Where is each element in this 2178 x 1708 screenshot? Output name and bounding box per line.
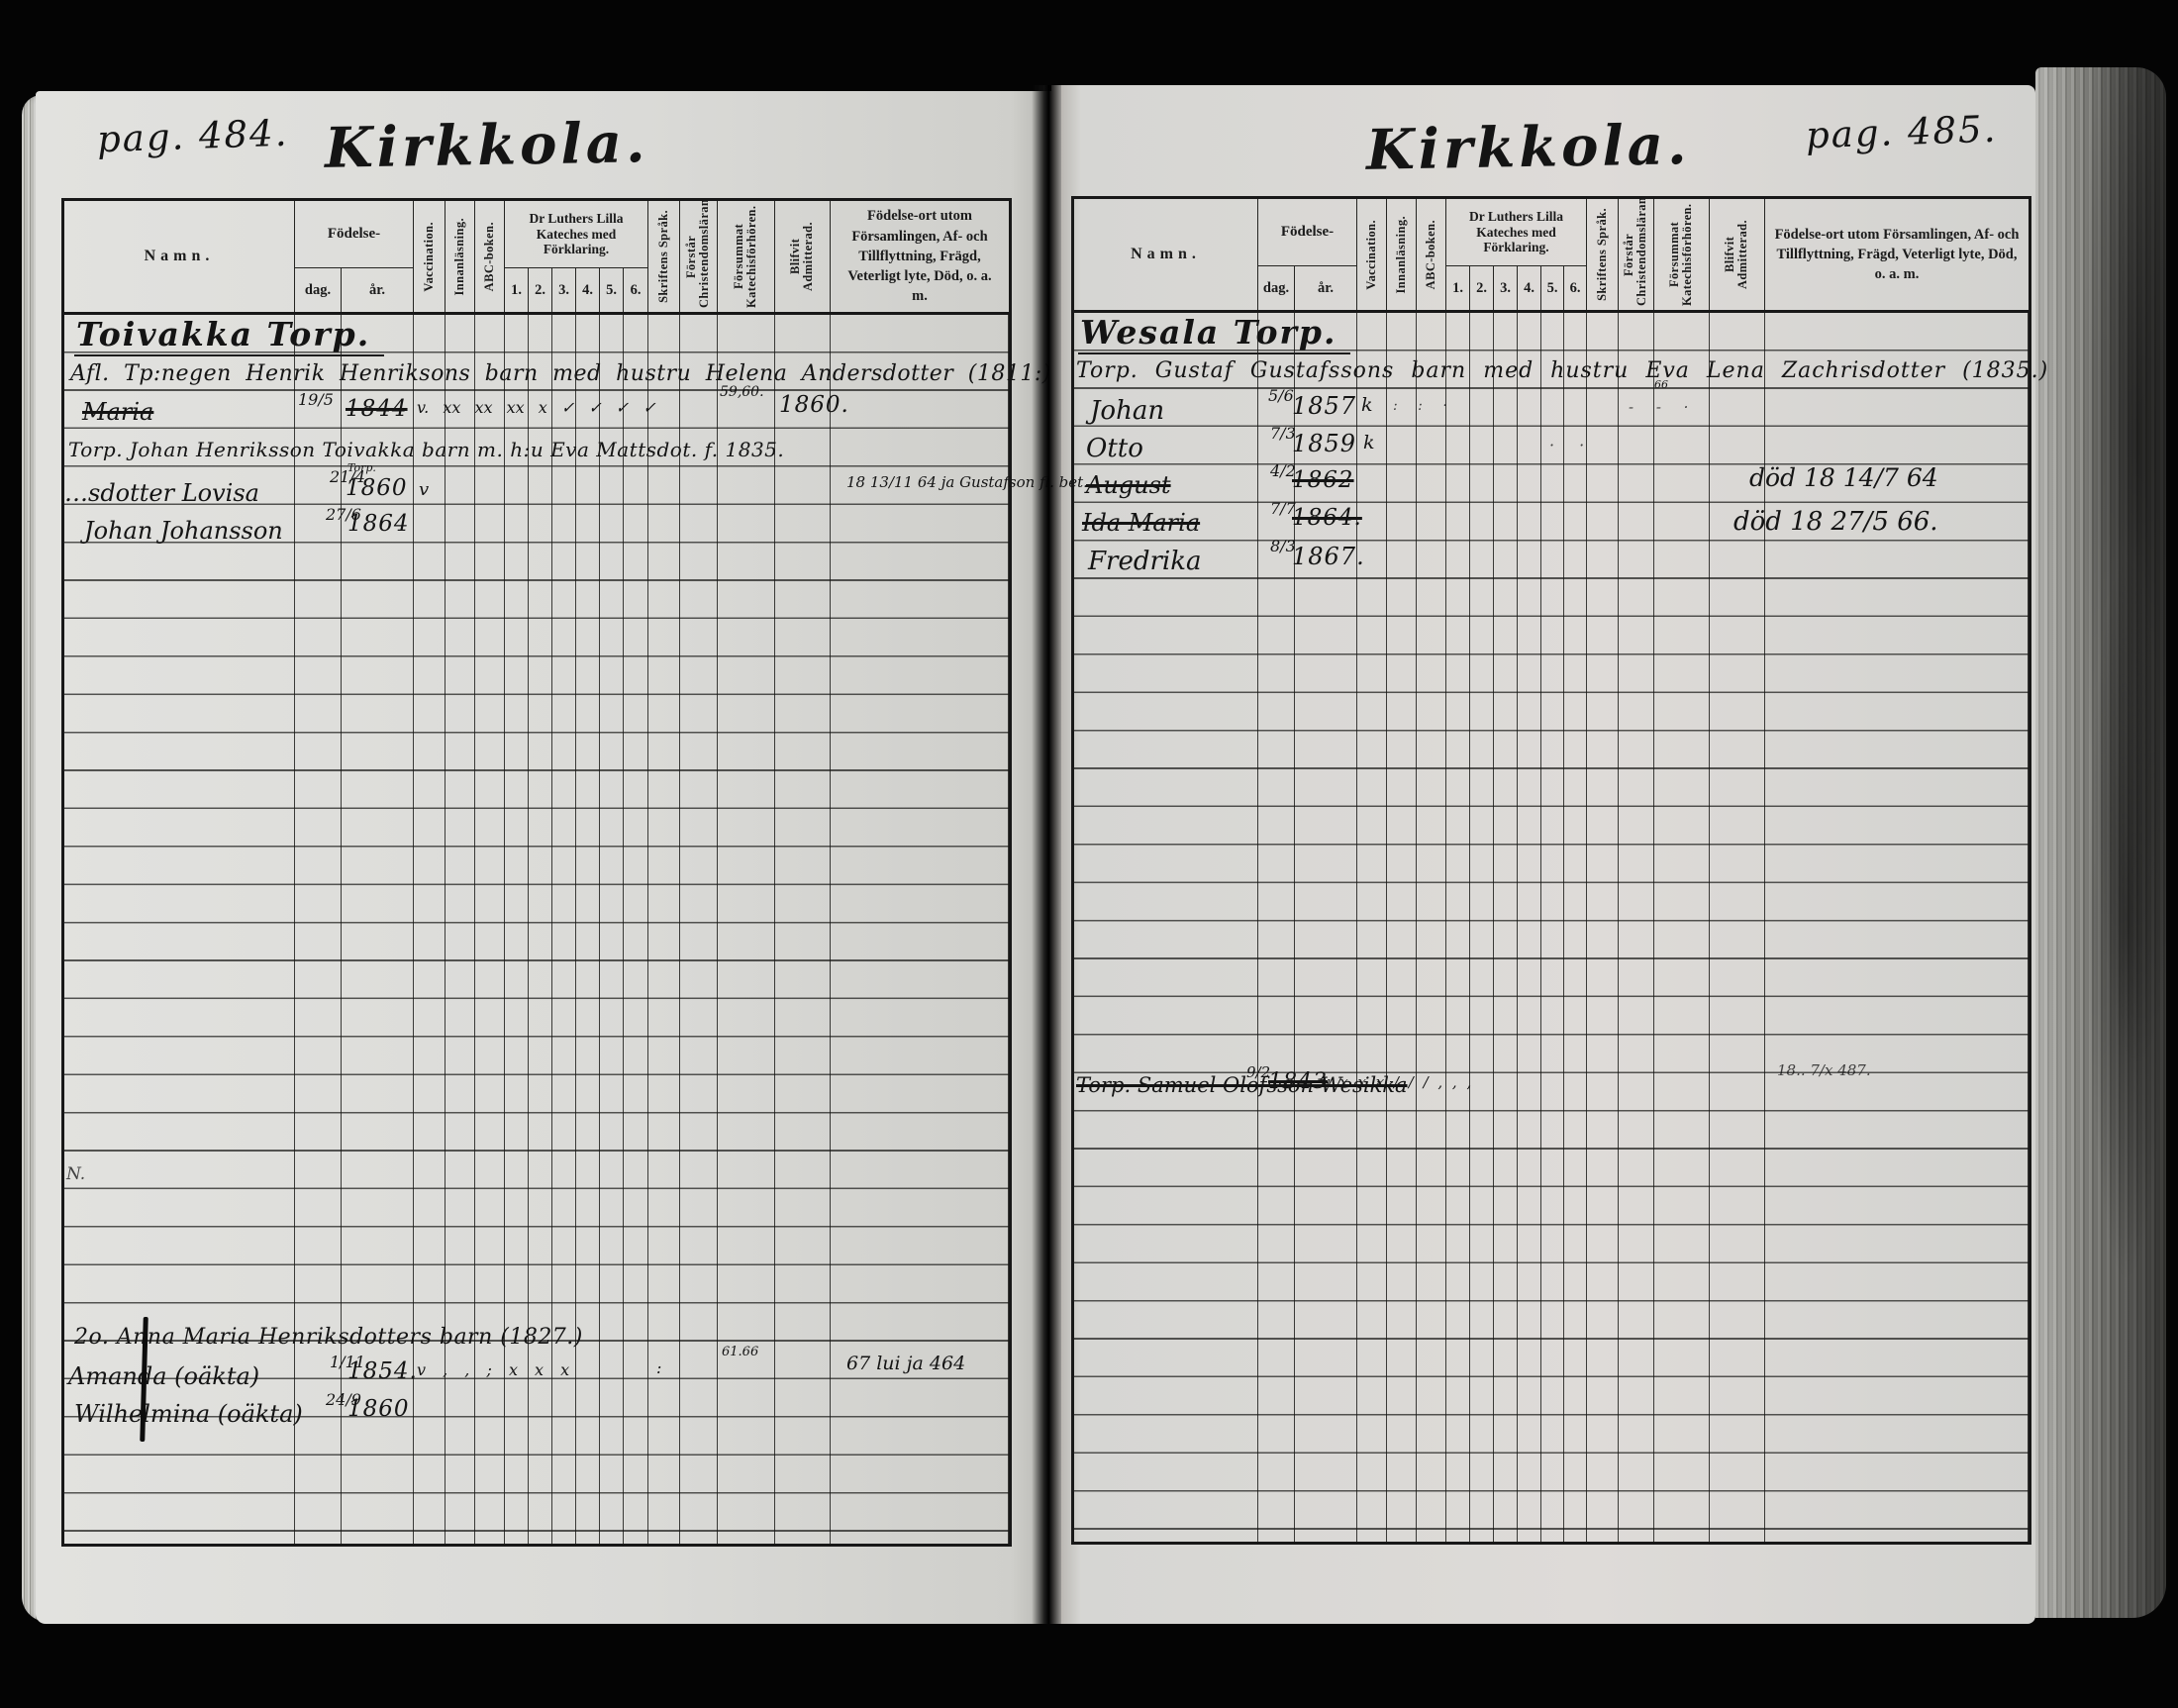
col-header-k5: 5. <box>600 268 624 312</box>
col-header-skriftens-sprak: Skriftens Språk. <box>1587 199 1619 310</box>
book-gutter <box>1032 85 1061 1624</box>
col-header-k4: 4. <box>1518 266 1541 310</box>
person-name: Fredrika <box>1088 547 1202 576</box>
col-header-fodelse-group: Födelse- dag. år. <box>1258 199 1357 310</box>
left-page: pag. 484. Kirkkola. Namn. Födelse- dag. … <box>36 91 1051 1624</box>
col-header-vaccination: Vaccination. <box>414 201 445 312</box>
birth-year: 1860 <box>346 475 408 501</box>
stray-mark: N. <box>66 1164 85 1184</box>
person-name: Ida Maria <box>1082 509 1200 537</box>
col-header-blifvit: Blifvit Admitterad. <box>775 201 831 312</box>
col-header-k2: 2. <box>529 268 552 312</box>
col-header-kateches-group: Dr Luthers Lilla Kateches med Förklaring… <box>1446 199 1587 310</box>
col-header-dag: dag. <box>295 268 342 312</box>
col-header-forstar: Förstår Christendomsläran. <box>680 201 718 312</box>
section-heading: Wesala Torp. <box>1078 313 1350 354</box>
col-header-kateches: Dr Luthers Lilla Kateches med Förklaring… <box>505 201 647 267</box>
right-page: Kirkkola. pag. 485. Namn. Födelse- dag. … <box>1051 85 2035 1624</box>
birth-year: 1854. <box>347 1358 418 1384</box>
left-page-number: pag. 484. <box>96 112 289 161</box>
dash-marks: - - · <box>1629 398 1757 416</box>
admitted-year: 1860. <box>779 392 849 418</box>
skriftens-mark: : <box>656 1358 661 1377</box>
small-note: 66 <box>1654 378 1668 391</box>
birth-day: 9/2 <box>1246 1063 1270 1081</box>
exam-marks: : : · <box>1393 398 1541 414</box>
col-header-namn: Namn. <box>64 201 295 312</box>
margin-note: 67 lui ja 464 <box>846 1353 965 1374</box>
col-header-kateches: Dr Luthers Lilla Kateches med Förklaring… <box>1446 199 1586 265</box>
forsummat-note: 61.66 <box>722 1345 758 1359</box>
death-note: död 18 14/7 64 <box>1749 463 1938 492</box>
col-header-abc-boken: ABC-boken. <box>475 201 505 312</box>
right-page-number: pag. 485. <box>1805 108 1998 157</box>
col-header-k3: 3. <box>552 268 576 312</box>
language-mark: k <box>1361 394 1373 416</box>
birth-year: 1860 <box>347 1396 410 1422</box>
col-header-skriftens-sprak: Skriftens Språk. <box>648 201 680 312</box>
person-name: Johan Johansson <box>84 517 283 545</box>
person-name: Wilhelmina (oäkta) <box>74 1400 303 1428</box>
col-header-k6: 6. <box>1564 266 1586 310</box>
birth-year: 1859 <box>1292 430 1356 457</box>
person-name: Johan <box>1090 396 1164 426</box>
person-name: Otto <box>1086 434 1143 463</box>
col-header-ar: år. <box>342 268 413 312</box>
birth-year-prefix: Torp. <box>347 461 376 474</box>
book-right-page-edges <box>2035 67 2166 1618</box>
col-header-fodelse: Födelse- <box>295 201 413 267</box>
col-header-k6: 6. <box>624 268 647 312</box>
left-table-body: Toivakka Torp. Afl. Tp:negen Henrik Henr… <box>64 315 1009 1547</box>
margin-note: 18.. 7/x 487. <box>1777 1061 1871 1079</box>
birth-year: 1857 <box>1292 392 1356 420</box>
col-header-k1: 1. <box>505 268 529 312</box>
left-page-title: Kirkkola. <box>324 110 649 181</box>
birth-year: 1864 <box>347 511 410 537</box>
exam-marks: v. xx xx xx x ✓ ✓ ✓ ✓ <box>417 398 650 417</box>
death-note: död 18 27/5 66. <box>1733 507 1938 537</box>
exam-marks: v , , ; x x x <box>417 1360 654 1379</box>
col-header-ar: år. <box>1295 266 1356 310</box>
right-page-title: Kirkkola. <box>1365 112 1691 183</box>
col-header-k5: 5. <box>1541 266 1564 310</box>
vaccination-mark: v <box>419 479 429 500</box>
family-header-row: 2o. Anna Maria Henriksdotters barn (1827… <box>74 1325 648 1350</box>
left-table-header: Namn. Födelse- dag. år. Vaccination. Inn… <box>64 201 1009 315</box>
person-name: …sdotter Lovisa <box>64 479 259 507</box>
family-header-row: Torp. Johan Henriksson Toivakka barn m. … <box>68 438 524 461</box>
language-mark: k <box>1363 432 1375 453</box>
exam-marks: · · <box>1549 436 1638 454</box>
col-header-fodelse-group: Födelse- dag. år. <box>295 201 414 312</box>
birth-day: 19/5 <box>298 390 334 409</box>
col-header-dag: dag. <box>1258 266 1295 310</box>
person-name: Maria <box>82 398 153 426</box>
forsummat-note: 59,60. <box>720 384 764 400</box>
col-header-k3: 3. <box>1494 266 1518 310</box>
right-entries: Wesala Torp. Torp. Gustaf Gustafssons ba… <box>1074 313 2029 1545</box>
exam-marks: v x x x / / / , , , <box>1322 1073 1510 1091</box>
left-record-table: Namn. Födelse- dag. år. Vaccination. Inn… <box>61 198 1012 1547</box>
col-header-k4: 4. <box>576 268 600 312</box>
col-header-namn: Namn. <box>1074 199 1258 310</box>
col-header-k2: 2. <box>1470 266 1494 310</box>
col-header-forstar: Förstår Christendomsläran. <box>1619 199 1654 310</box>
col-header-forsummat: Försummat Katechisförhören. <box>1654 199 1710 310</box>
col-header-fodelse: Födelse- <box>1258 199 1356 265</box>
col-header-forsummat: Försummat Katechisförhören. <box>718 201 775 312</box>
margin-note: 18 13/11 64 ja Gustafson fl. bet. <box>846 473 1015 491</box>
birth-year: 1867. <box>1292 543 1365 570</box>
col-header-fodelseort: Födelse-ort utom Församlingen, Af- och T… <box>831 201 1009 312</box>
birth-day: 5/6 <box>1268 386 1294 405</box>
person-name: August <box>1086 471 1171 499</box>
birth-year: 1864. <box>1292 505 1362 531</box>
family-header-row: Torp. Gustaf Gustafssons barn med hustru… <box>1076 358 2003 383</box>
col-header-fodelseort: Födelse-ort utom Församlingen, Af- och T… <box>1765 199 2029 310</box>
col-header-vaccination: Vaccination. <box>1357 199 1387 310</box>
col-header-innanlasning: Innanläsning. <box>1387 199 1417 310</box>
col-header-abc-boken: ABC-boken. <box>1417 199 1446 310</box>
birth-year: 1862 <box>1292 467 1354 493</box>
left-entries: Toivakka Torp. Afl. Tp:negen Henrik Henr… <box>64 315 1009 1547</box>
col-header-kateches-group: Dr Luthers Lilla Kateches med Förklaring… <box>505 201 648 312</box>
right-record-table: Namn. Födelse- dag. år. Vaccination. Inn… <box>1071 196 2031 1545</box>
birth-year: 1843 <box>1268 1069 1328 1094</box>
right-table-body: Wesala Torp. Torp. Gustaf Gustafssons ba… <box>1074 313 2029 1545</box>
section-heading: Toivakka Torp. <box>74 315 384 356</box>
family-header-row: Afl. Tp:negen Henrik Henriksons barn med… <box>70 361 882 386</box>
birth-year: 1844 <box>346 396 408 422</box>
person-name: Amanda (oäkta) <box>68 1362 259 1390</box>
col-header-innanlasning: Innanläsning. <box>445 201 475 312</box>
col-header-k1: 1. <box>1446 266 1470 310</box>
col-header-blifvit: Blifvit Admitterad. <box>1710 199 1765 310</box>
right-table-header: Namn. Födelse- dag. år. Vaccination. Inn… <box>1074 199 2029 313</box>
